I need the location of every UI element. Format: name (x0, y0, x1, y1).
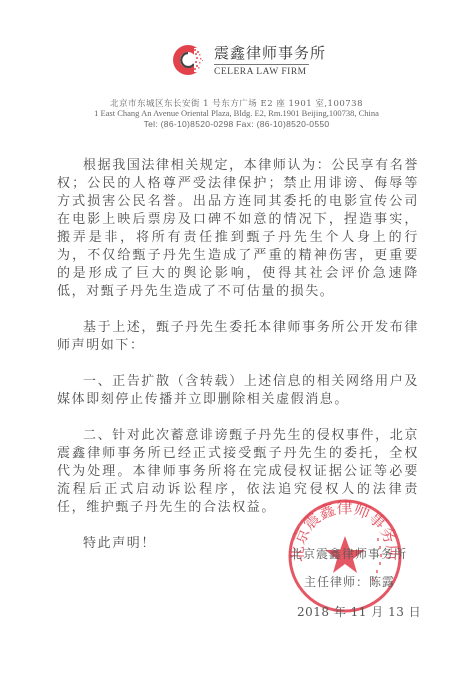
paragraph-legal-basis: 根据我国法律相关规定，本律师认为：公民享有名誉权；公民的人格尊严受法律保护；禁止… (57, 157, 419, 301)
paragraph-intro: 基于上述，甄子丹先生委托本律师事务所公开发布律师声明如下： (57, 319, 419, 355)
paragraph-item-1: 一、正告扩散（含转载）上述信息的相关网络用户及媒体即刻停止传播并立即删除相关虚假… (57, 373, 419, 409)
celera-c-logo-icon (170, 40, 210, 80)
signature-lawyer: 主任律师：陈露 (304, 573, 454, 590)
signature-date: 2018 年 11 月 13 日 (297, 603, 447, 620)
contact-info: Tel: (86-10)8520-0298 Fax: (86-10)8520-0… (0, 119, 473, 129)
signature-firm: 北京震鑫律师事务所 (290, 545, 440, 562)
firm-name-en: CELERA LAW FIRM (214, 67, 326, 77)
firm-logo: 震鑫律师事务所 CELERA LAW FIRM (170, 40, 326, 80)
address-en: 1 East Chang An Avenue Oriental Plaza, B… (0, 108, 473, 118)
divider (214, 64, 309, 65)
firm-name-cn: 震鑫律师事务所 (214, 44, 326, 62)
